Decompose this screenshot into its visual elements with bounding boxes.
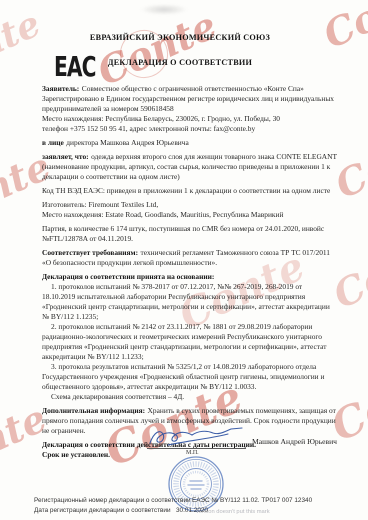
applicant-name: Совместное общество с ограниченной ответ… [82, 84, 304, 93]
representative-label: в лице [42, 138, 64, 147]
paragraph-basis: Декларация о соответствии принята на осн… [42, 272, 348, 402]
compliance-label: Соответствует требованиям: [42, 248, 138, 257]
registration-date-label: Дата регистрации декларации о соответств… [34, 507, 171, 515]
basis-item-3: 3. протокола результатов испытаний № 532… [42, 362, 348, 372]
declares-line: декларации о соответствии на одном листе… [42, 172, 348, 182]
signature-icon [146, 426, 248, 450]
manufacturer-line: Изготовитель: Firemount Textiles Ltd, [42, 200, 348, 210]
applicant-label: Заявитель: [42, 84, 79, 93]
applicant-address: Место нахождения: Республика Беларусь, 2… [42, 114, 348, 124]
paragraph-manufacturer: Изготовитель: Firemount Textiles Ltd, Ме… [42, 200, 348, 220]
declaration-document: Conte Conte Conte Conte Conte Conte Cont… [0, 0, 368, 520]
product-description: одежда верхняя второго слоя для женщин т… [91, 152, 337, 161]
paragraph-tnved-code: Код ТН ВЭД ЕАЭС: приведен в приложении 1… [42, 186, 348, 196]
union-title: ЕВРАЗИЙСКИЙ ЭКОНОМИЧЕСКИЙ СОЮЗ [0, 33, 360, 42]
basis-line: «Гродненский центр стандартизации, метро… [42, 302, 348, 312]
demo-watermark-text: version doesn't put this mark [196, 509, 270, 515]
paragraph-declares: заявляет, что:одежда верхняя второго сло… [42, 152, 348, 182]
basis-line: № BY/112 1.1235; [42, 312, 348, 322]
eac-logo: ЕАС [54, 52, 96, 83]
additional-info-label: Дополнительная информация: [42, 406, 145, 415]
applicant-line: предпринимателей за номером 590618458 [42, 104, 348, 114]
compliance-line: «О безопасности продукции легкой промышл… [42, 258, 348, 268]
storage-conditions: Хранить в сухих проветриваемых помещения… [148, 406, 336, 415]
basis-item-2: 2. протоколов испытаний № 2142 от 23.11.… [42, 322, 348, 332]
paragraph-applicant: Заявитель:Совместное общество с ограниче… [42, 84, 348, 134]
additional-info-line: прямого попадания солнечных лучей и атмо… [42, 416, 348, 426]
basis-line: Государственного учреждения «Гродненский… [42, 372, 348, 382]
declares-label: заявляет, что: [42, 152, 89, 161]
registration-number-label: Регистрационный номер декларации о соотв… [34, 497, 191, 505]
basis-line: аккредитации № BY/112 1.1233; [42, 352, 348, 362]
basis-line: общественного здоровья», аттестат аккред… [42, 382, 348, 392]
round-stamp-icon [166, 454, 226, 514]
batch-line: Партия, в количестве 6 174 штук, поступи… [42, 224, 348, 234]
tnved-line: Код ТН ВЭД ЕАЭС: приведен в приложении 1… [42, 186, 348, 196]
basis-label: Декларация о соответствии принята на осн… [42, 272, 214, 281]
paragraph-representative: в лицедиректора Машкова Андрея Юрьевича [42, 138, 348, 148]
basis-item-1: 1. протоколов испытаний № 378-2017 от 07… [42, 282, 348, 292]
paragraph-compliance: Соответствует требованиям:технический ре… [42, 248, 348, 268]
declares-line: (наименование продукции, артикул, состав… [42, 162, 348, 172]
declaration-scheme: Схема декларирования соответствия – 4Д. [42, 392, 348, 402]
conte-watermark: Conte [0, 5, 45, 86]
applicant-line: Зарегистрировано в Едином государственно… [42, 94, 348, 104]
signatory-name: Машков Андрей Юрьевич [252, 437, 337, 446]
document-body: Заявитель:Совместное общество с ограниче… [42, 84, 348, 464]
basis-line: 18.10.2019 испытательной лаборатории Рес… [42, 292, 348, 302]
registration-number-value: ЕАЭС № BY/112 11.02. ТР017 007 12340 [192, 497, 312, 505]
conte-watermark: Conte [318, 0, 368, 54]
batch-invoice: №FTL/12878A от 04.11.2019. [42, 234, 348, 244]
applicant-contacts: телефон +375 152 50 95 41, адрес электро… [42, 124, 348, 134]
basis-line: радиационно-экологических и геометрическ… [42, 332, 348, 342]
basis-line: предприятия «Гродненский центр стандарти… [42, 342, 348, 352]
paragraph-batch: Партия, в количестве 6 174 штук, поступи… [42, 224, 348, 244]
manufacturer-address: Место нахождения: Estate Road, Goodlands… [42, 210, 348, 220]
signature-line [147, 448, 246, 449]
compliance-regulation: технический регламент Таможенного союза … [141, 248, 330, 257]
document-title: ДЕКЛАРАЦИЯ О СООТВЕТСТВИИ [0, 58, 360, 67]
representative-name: директора Машкова Андрея Юрьевича [66, 138, 188, 147]
scan-smudge [140, 4, 188, 15]
